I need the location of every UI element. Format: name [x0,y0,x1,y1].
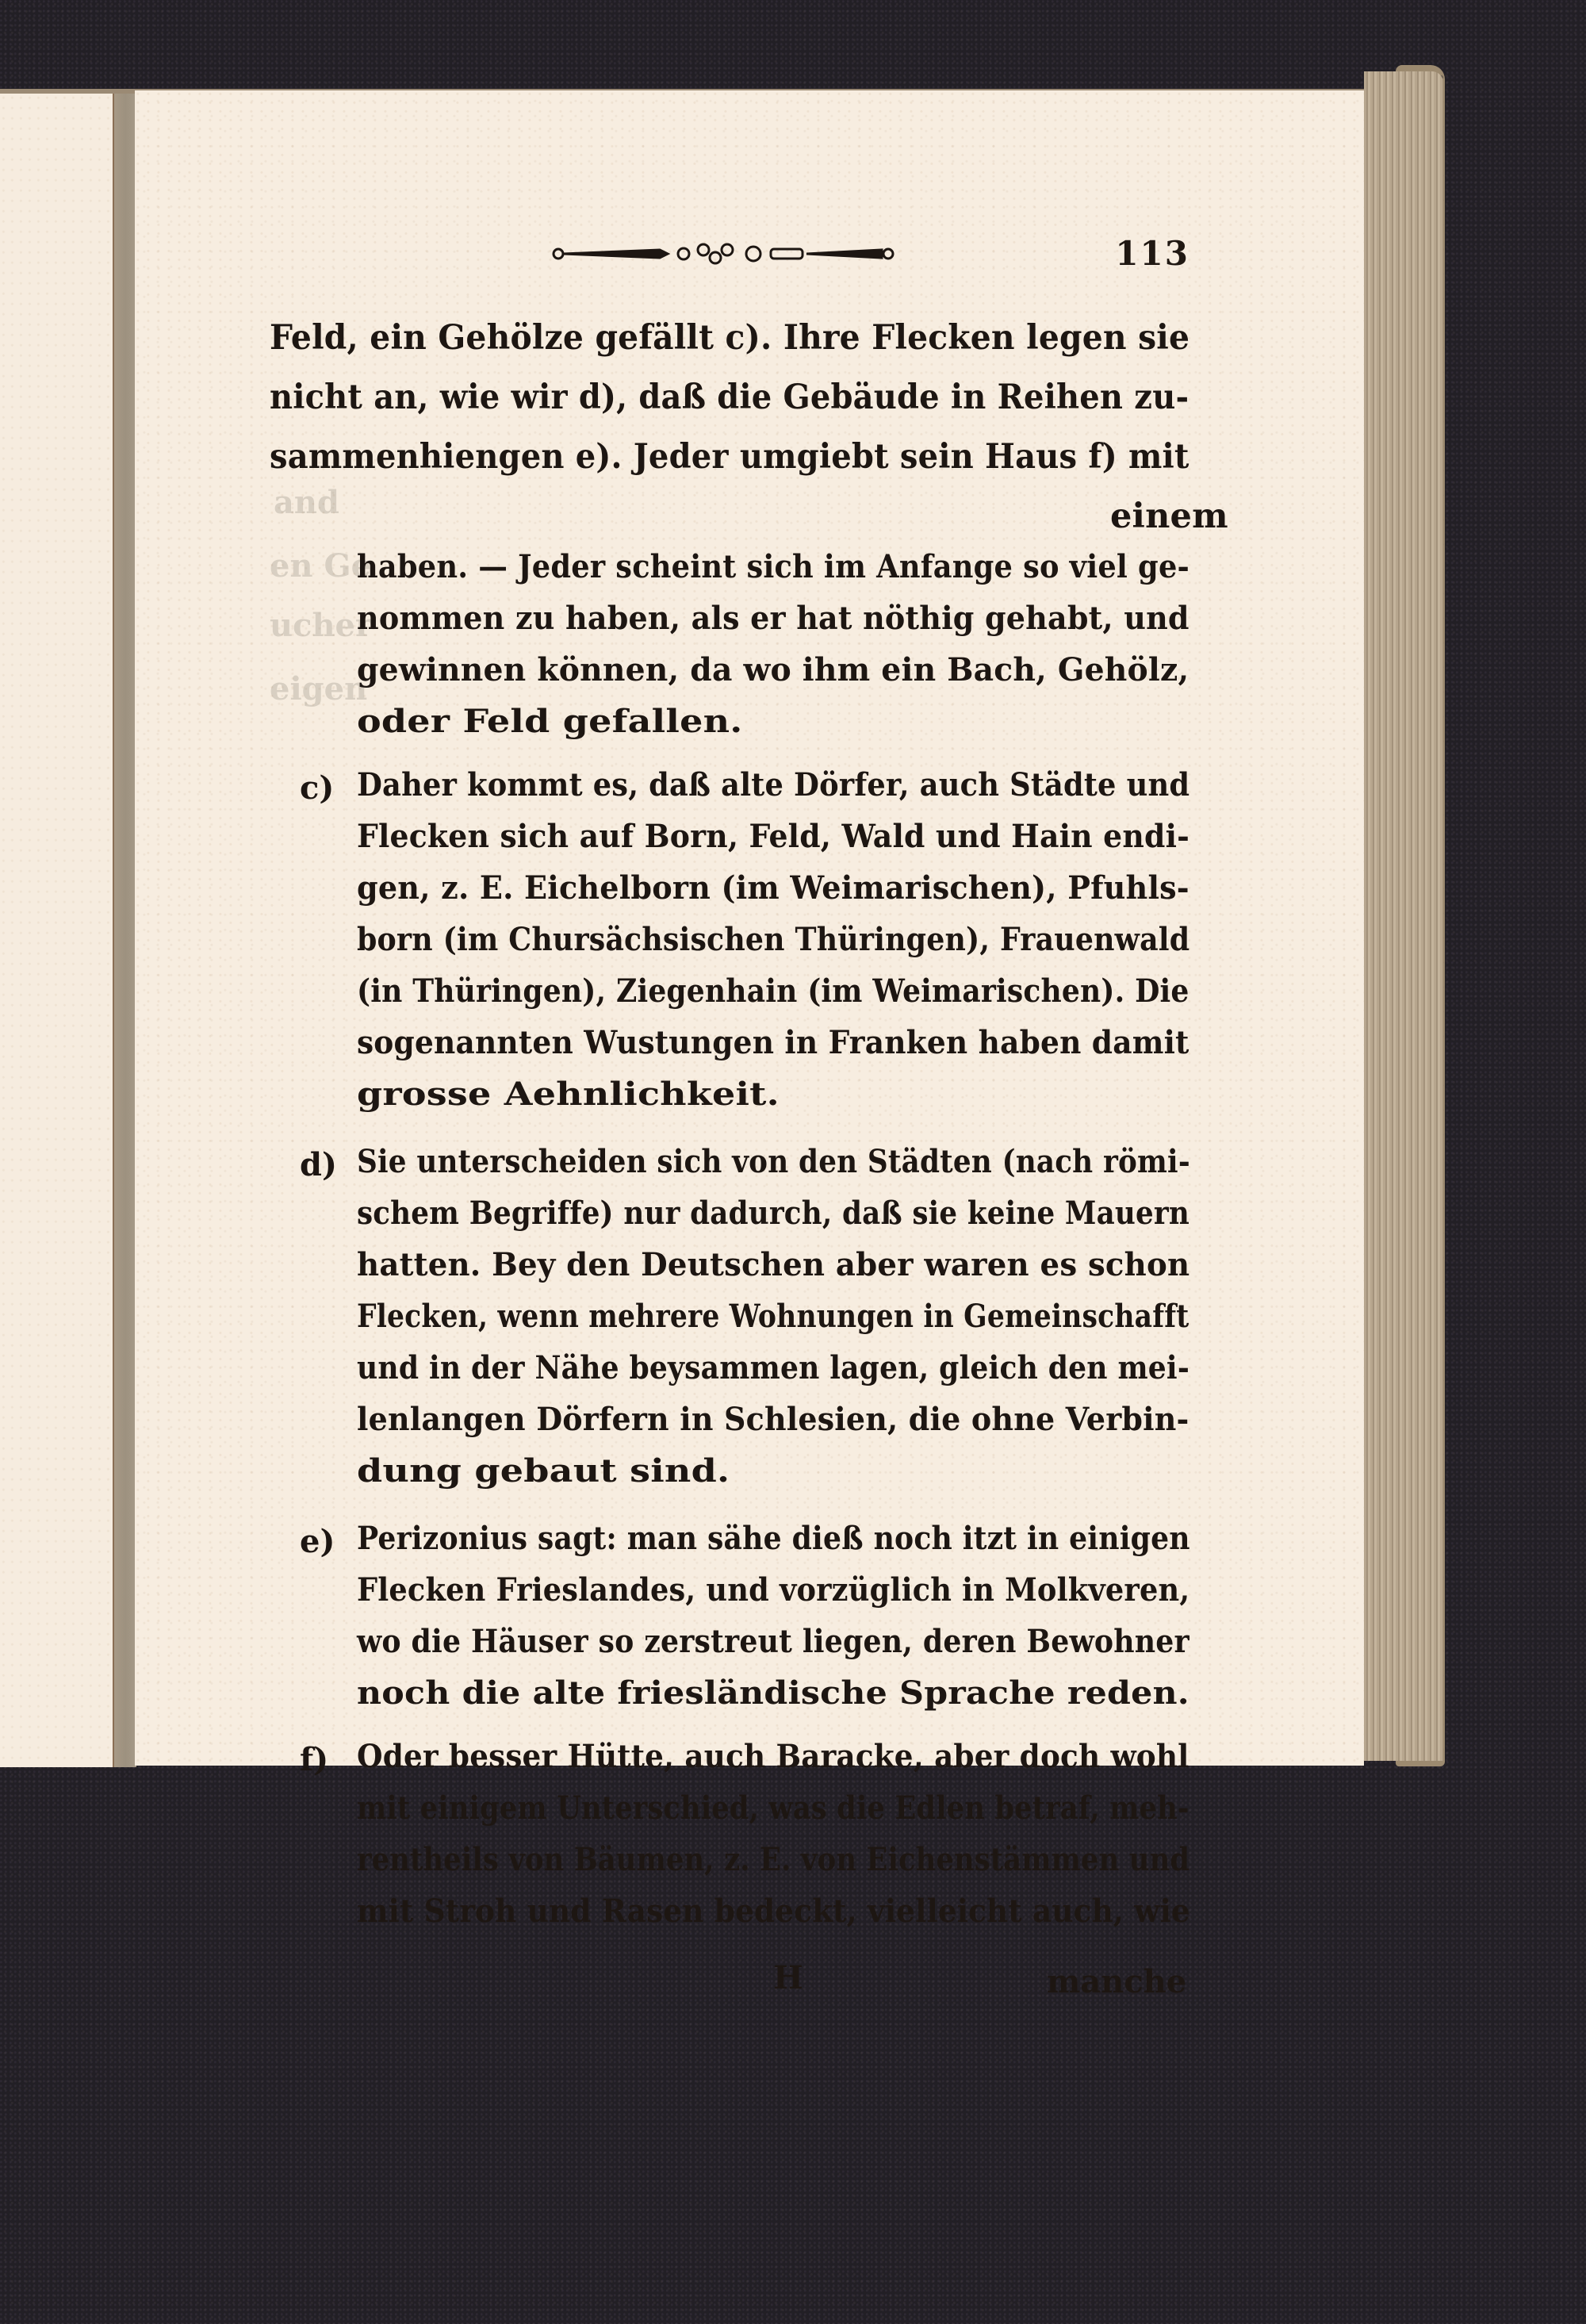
footnote-c-line: (in Thüringen), Ziegenhain (im Weimarisc… [357,976,1189,1007]
catchword: manche [1047,1963,1186,2000]
footnote-f-line: mit Stroh und Rasen bedeckt, vielleicht … [357,1896,1190,1927]
page-number: 113 [1115,234,1189,273]
footnote-label-c: c) [300,769,334,807]
main-text-line: Feld, ein Gehölze gefällt c). Ihre Fleck… [270,321,1143,355]
left-page [0,94,113,1767]
footnote-c-line: Daher kommt es, daß alte Dörfer, auch St… [357,769,1189,801]
main-text-catch-line: einem [1110,500,1228,534]
main-text-line: nicht an, wie wir d), daß die Gebäude in… [270,381,1125,415]
footnote-label-d: d) [300,1146,337,1183]
footnote-e-line: wo die Häuser so zerstreut liegen, deren… [357,1626,1189,1658]
footnote-f-line: Oder besser Hütte, auch Baracke, aber do… [357,1741,1189,1773]
footnote-f-line: rentheils von Bäumen, z. E. von Eichenst… [357,1844,1189,1876]
note-line: oder Feld gefallen. [357,706,743,738]
page-block-edges [1364,71,1443,1761]
footnote-label-f: f) [300,1741,328,1778]
footnote-d-line: Flecken, wenn mehrere Wohnungen in Gemei… [357,1301,1189,1333]
ornament-rule-icon [549,240,898,267]
bleed-through-text: eigen [270,670,367,708]
bleed-through-text: en Ge [270,547,371,585]
footnote-e-line: Flecken Frieslandes, und vorzüglich in M… [357,1574,1189,1606]
footnote-c-line: gen, z. E. Eichelborn (im Weimarischen),… [357,872,1189,904]
note-line: nommen zu haben, als er hat nöthig gehab… [357,603,1189,635]
footnote-c-line: Flecken sich auf Born, Feld, Wald und Ha… [357,821,1189,853]
footnote-e-line: noch die alte friesländische Sprache red… [357,1678,1189,1709]
footnote-c-line: born (im Chursächsischen Thüringen), Fra… [357,924,1189,956]
note-line: haben. — Jeder scheint sich im Anfange s… [357,551,1189,583]
footnote-c-line: sogenannten Wustungen in Franken haben d… [357,1027,1189,1059]
bleed-through-text: and [274,484,339,521]
footnote-f-line: mit einigem Unterschied, was die Edlen b… [357,1793,1189,1824]
footnote-d-line: lenlangen Dörfern in Schlesien, die ohne… [357,1404,1189,1436]
footnote-d-line: Sie unterscheiden sich von den Städten (… [357,1146,1190,1178]
footnote-d-line: und in der Nähe beysammen lagen, gleich … [357,1352,1189,1384]
book-gutter [113,94,136,1767]
footnote-e-line: Perizonius sagt: man sähe dieß noch itzt… [357,1523,1190,1555]
note-line: gewinnen können, da wo ihm ein Bach, Geh… [357,654,1189,686]
footnote-label-e: e) [300,1523,335,1560]
main-text-line: sammenhiengen e). Jeder umgiebt sein Hau… [270,440,1126,474]
footnote-d-line: schem Begriffe) nur dadurch, daß sie kei… [357,1198,1189,1229]
page-header: 113 [270,234,1189,282]
footnote-d-line: hatten. Bey den Deutschen aber waren es … [357,1249,1189,1281]
footnote-c-line: grosse Aehnlichkeit. [357,1079,780,1110]
footnote-d-line: dung gebaut sind. [357,1455,730,1487]
signature-mark: H [773,1959,803,1996]
